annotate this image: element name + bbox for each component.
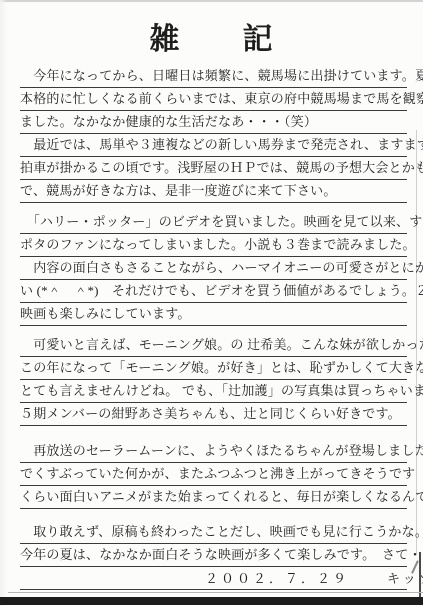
text-line: 今年になってから、日曜日は頻繁に、競馬場に出掛けています。夏コミ前も、 (20, 65, 407, 88)
text-line: この年になって「モーニング娘。が好き」とは、恥ずかしくて大きな声では (20, 357, 407, 380)
text-line: 本格的に忙しくなる前くらいまでは、東京の府中競馬場まで馬を観察しに行って (20, 88, 407, 111)
scan-shadow-left (0, 0, 7, 606)
page-title: 雑 記 (0, 14, 423, 58)
scanned-document-page: 雑 記 今年になってから、日曜日は頻繁に、競馬場に出掛けています。夏コミ前も、 … (0, 0, 423, 606)
scan-edge-bottom-bar (0, 597, 423, 605)
text-line: い (*＾ ＾*) それだけでも、ビデオを買う価値があるでしょう。２作目以降の (20, 280, 407, 303)
paragraph-block: 「ハリー・ポッター」のビデオを買いました。映画を見て以来、すっかりハリ ポタのフ… (20, 211, 407, 326)
paragraph-block: 可愛いと言えば、モーニング娘。の 辻希美。こんな妹が欲しかったなあ・・・。 この… (20, 334, 407, 426)
text-line: 再放送のセーラームーンに、ようやくほたるちゃんが登場しましたね。心の奥 (20, 440, 407, 463)
text-line: 可愛いと言えば、モーニング娘。の 辻希美。こんな妹が欲しかったなあ・・・。 (20, 334, 407, 357)
text-line: 取り敢えず、原稿も終わったことだし、映画でも見に行こうかな。 (20, 521, 407, 544)
text-line: とても言えませんけどね。 でも、「辻加護」の写真集は買っちゃいました（＾ ＾；) (20, 380, 407, 403)
paragraph-block: 今年になってから、日曜日は頻繁に、競馬場に出掛けています。夏コミ前も、 本格的に… (20, 65, 407, 203)
document-body: 今年になってから、日曜日は頻繁に、競馬場に出掛けています。夏コミ前も、 本格的に… (20, 65, 407, 590)
text-line: くらい面白いアニメがまた始まってくれると、毎日が楽しくなるんですけどね。 (20, 486, 407, 509)
text-line: ました。なかなか健康的な生活だなあ・・・（笑） (20, 111, 407, 134)
text-line: ５期メンバーの紺野あさ美ちゃんも、辻と同じくらい好きです。 (20, 403, 407, 426)
text-line: 「ハリー・ポッター」のビデオを買いました。映画を見て以来、すっかりハリ (20, 211, 407, 234)
scan-edge-bottom-thin (8, 592, 423, 593)
paragraph-block: 再放送のセーラームーンに、ようやくほたるちゃんが登場しましたね。心の奥 でくすぶ… (20, 440, 407, 509)
text-line: ポタのファンになってしまいました。小説も３巻まで読みました。 (20, 234, 407, 257)
paragraph-block: 取り敢えず、原稿も終わったことだし、映画でも見に行こうかな。 今年の夏は、なかな… (20, 521, 407, 590)
text-line: 今年の夏は、なかなか面白そうな映画が多くて楽しみです。 さて・・・ (20, 544, 407, 567)
text-line: 拍車が掛かるこの頃です。浅野屋のＨＰでは、競馬の予想大会とかもしているの (20, 157, 407, 180)
text-line: でくすぶっていた何かが、またふつふつと沸き上がってきそうです（笑） これ (20, 463, 407, 486)
text-line: 内容の面白さもさることながら、ハーマイオニーの可愛さがとにかく素晴らし (20, 257, 407, 280)
text-line: 最近では、馬単や３連複などの新しい馬券まで発売され、ますます競馬生活に (20, 134, 407, 157)
author-signature: キッツ (387, 568, 423, 589)
date-text: ２００２．７．２９ (205, 568, 349, 589)
text-line: で、競馬が好きな方は、是非一度遊びに来て下さい。 (20, 180, 407, 203)
scan-edge-top (0, 0, 423, 2)
signature-line: ２００２．７．２９ キッツ (20, 567, 407, 590)
text-line: 映画も楽しみにしています。 (20, 303, 407, 326)
